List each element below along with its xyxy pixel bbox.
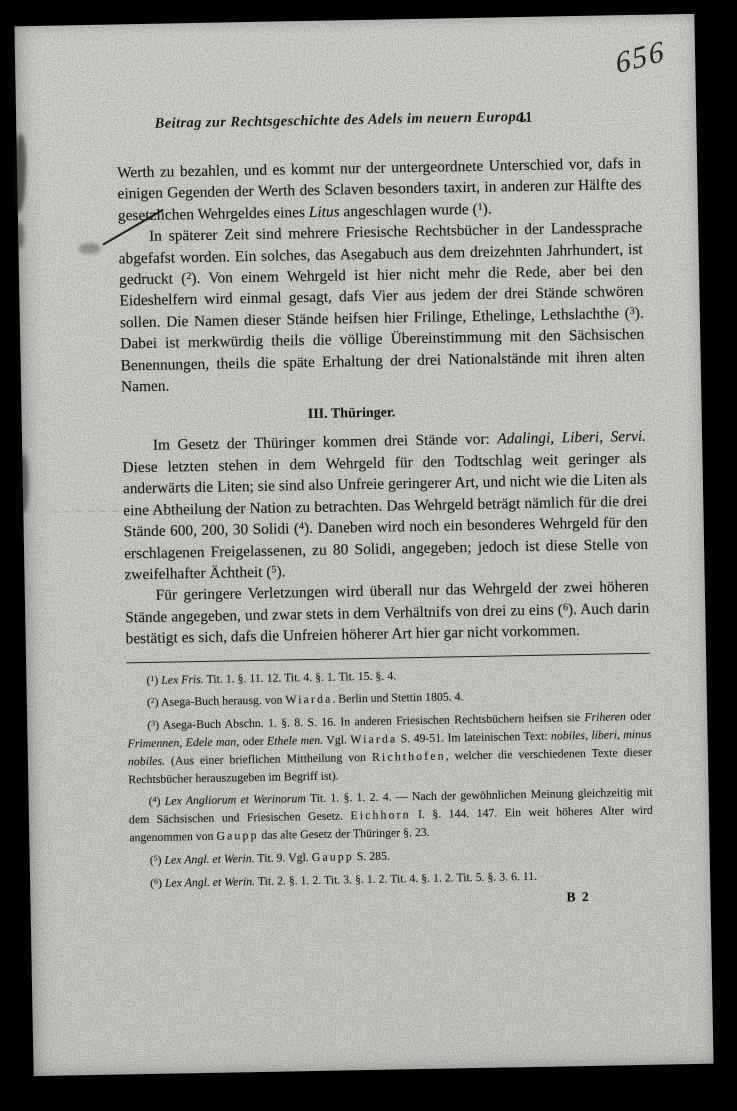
binding-smudge [13,134,28,212]
binding-smudge [18,454,29,512]
text-block: Beitrag zur Rechtsgeschichte des Adels i… [116,107,655,914]
paragraph: Werth zu bezahlen, und es kommt nur der … [117,153,642,227]
running-header: Beitrag zur Rechtsgeschichte des Adels i… [116,107,640,139]
footnote: (3) Asega-Buch Abschn. 1. §. 8. S. 16. I… [127,708,652,789]
ink-blot [78,243,100,254]
paragraph-group-thueringer: Im Gesetz der Thüringer kommen drei Stän… [122,426,650,650]
paragraph: Im Gesetz der Thüringer kommen drei Stän… [122,426,649,585]
footnote: (4) Lex Angliorum et Werinorum Tit. 1. §… [129,784,654,847]
section-heading: III. Thüringer. [122,402,582,426]
binding-smudge [16,222,24,248]
book-page-scan: 656 Beitrag zur Rechtsgeschichte des Ade… [14,14,713,1076]
paragraph-group-friesen: Werth zu bezahlen, und es kommt nur der … [117,153,645,398]
footnotes: (1) Lex Fris. Tit. 1. §. 11. 12. Tit. 4.… [126,662,654,892]
body-text: Werth zu bezahlen, und es kommt nur der … [117,153,650,650]
scanned-page-background: { "colors": { "background": "#000000", "… [0,0,737,1111]
page-number: 11 [518,110,532,127]
signature-mark: B 2 [566,888,654,906]
header-title: Beitrag zur Rechtsgeschichte des Adels i… [116,108,566,133]
footnote-separator [126,652,650,663]
paragraph: Für geringere Verletzungen wird überall … [125,576,650,650]
paragraph: In späterer Zeit sind mehrere Friesische… [118,217,645,398]
handwritten-folio-number: 656 [614,34,668,81]
